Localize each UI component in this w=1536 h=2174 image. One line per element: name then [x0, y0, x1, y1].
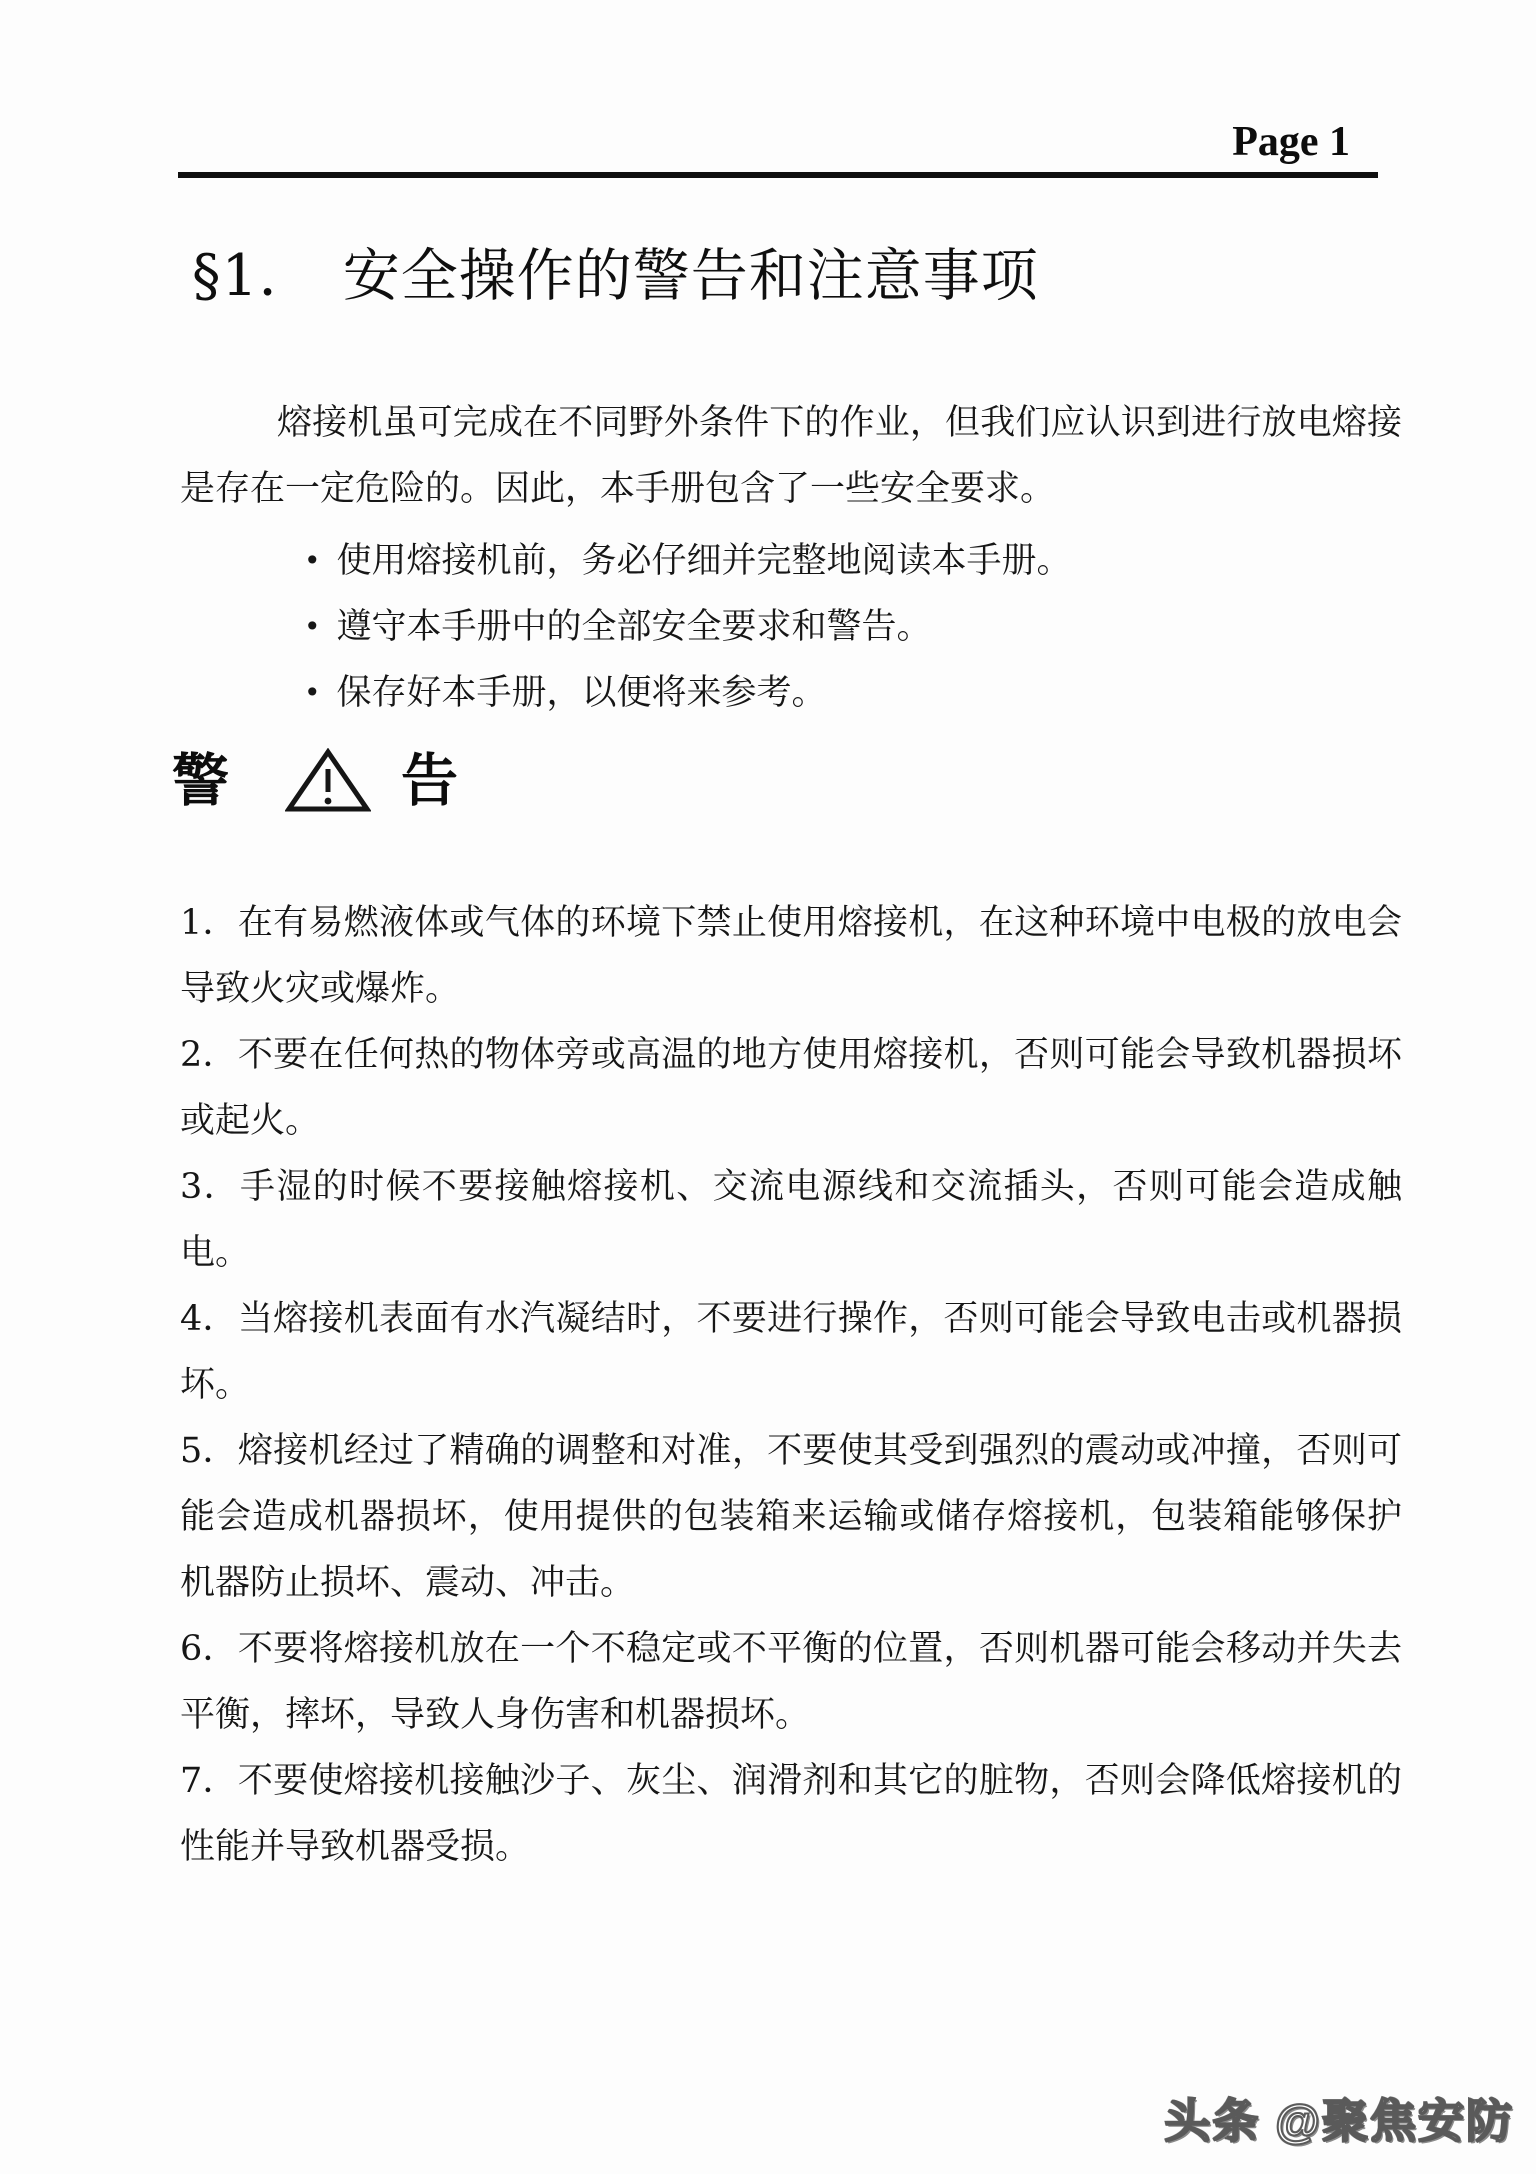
- header-rule: [178, 172, 1378, 178]
- warning-item: 5．熔接机经过了精确的调整和对准，不要使其受到强烈的震动或冲撞，否则可能会造成机…: [180, 1418, 1402, 1616]
- warning-triangle-icon: [285, 748, 371, 814]
- intro-paragraph: 熔接机虽可完成在不同野外条件下的作业，但我们应认识到进行放电熔接是存在一定危险的…: [180, 390, 1402, 522]
- warning-item: 6．不要将熔接机放在一个不稳定或不平衡的位置，否则机器可能会移动并失去平衡，摔坏…: [180, 1616, 1402, 1748]
- warning-item: 3．手湿的时候不要接触熔接机、交流电源线和交流插头，否则可能会造成触电。: [180, 1154, 1402, 1286]
- bullet-list: •使用熔接机前，务必仔细并完整地阅读本手册。 •遵守本手册中的全部安全要求和警告…: [304, 528, 1072, 726]
- warning-item: 4．当熔接机表面有水汽凝结时，不要进行操作，否则可能会导致电击或机器损坏。: [180, 1286, 1402, 1418]
- section-title-text: 安全操作的警告和注意事项: [343, 243, 1039, 309]
- bullet-text: 保存好本手册，以便将来参考。: [337, 673, 827, 713]
- bullet-dot-icon: •: [304, 594, 321, 660]
- warning-items: 1．在有易燃液体或气体的环境下禁止使用熔接机，在这种环境中电极的放电会导致火灾或…: [180, 890, 1402, 1880]
- list-item: •使用熔接机前，务必仔细并完整地阅读本手册。: [304, 528, 1072, 594]
- watermark: 头条 @聚焦安防: [1164, 2096, 1514, 2146]
- warning-item: 2．不要在任何热的物体旁或高温的地方使用熔接机，否则可能会导致机器损坏或起火。: [180, 1022, 1402, 1154]
- warning-char-right: 告: [401, 744, 458, 818]
- bullet-text: 遵守本手册中的全部安全要求和警告。: [337, 607, 932, 647]
- document-page: Page 1 §1．安全操作的警告和注意事项 熔接机虽可完成在不同野外条件下的作…: [0, 0, 1536, 2174]
- warning-item: 1．在有易燃液体或气体的环境下禁止使用熔接机，在这种环境中电极的放电会导致火灾或…: [180, 890, 1402, 1022]
- page-number-label: Page 1: [0, 118, 1350, 166]
- bullet-text: 使用熔接机前，务必仔细并完整地阅读本手册。: [337, 541, 1072, 581]
- list-item: •保存好本手册，以便将来参考。: [304, 660, 1072, 726]
- section-number: §1．: [192, 243, 317, 309]
- warning-item: 7．不要使熔接机接触沙子、灰尘、润滑剂和其它的脏物，否则会降低熔接机的性能并导致…: [180, 1748, 1402, 1880]
- warning-heading: 警 告: [172, 744, 458, 818]
- list-item: •遵守本手册中的全部安全要求和警告。: [304, 594, 1072, 660]
- warning-char-left: 警: [172, 744, 229, 818]
- bullet-dot-icon: •: [304, 528, 321, 594]
- section-title: §1．安全操作的警告和注意事项: [192, 236, 1039, 316]
- bullet-dot-icon: •: [304, 660, 321, 726]
